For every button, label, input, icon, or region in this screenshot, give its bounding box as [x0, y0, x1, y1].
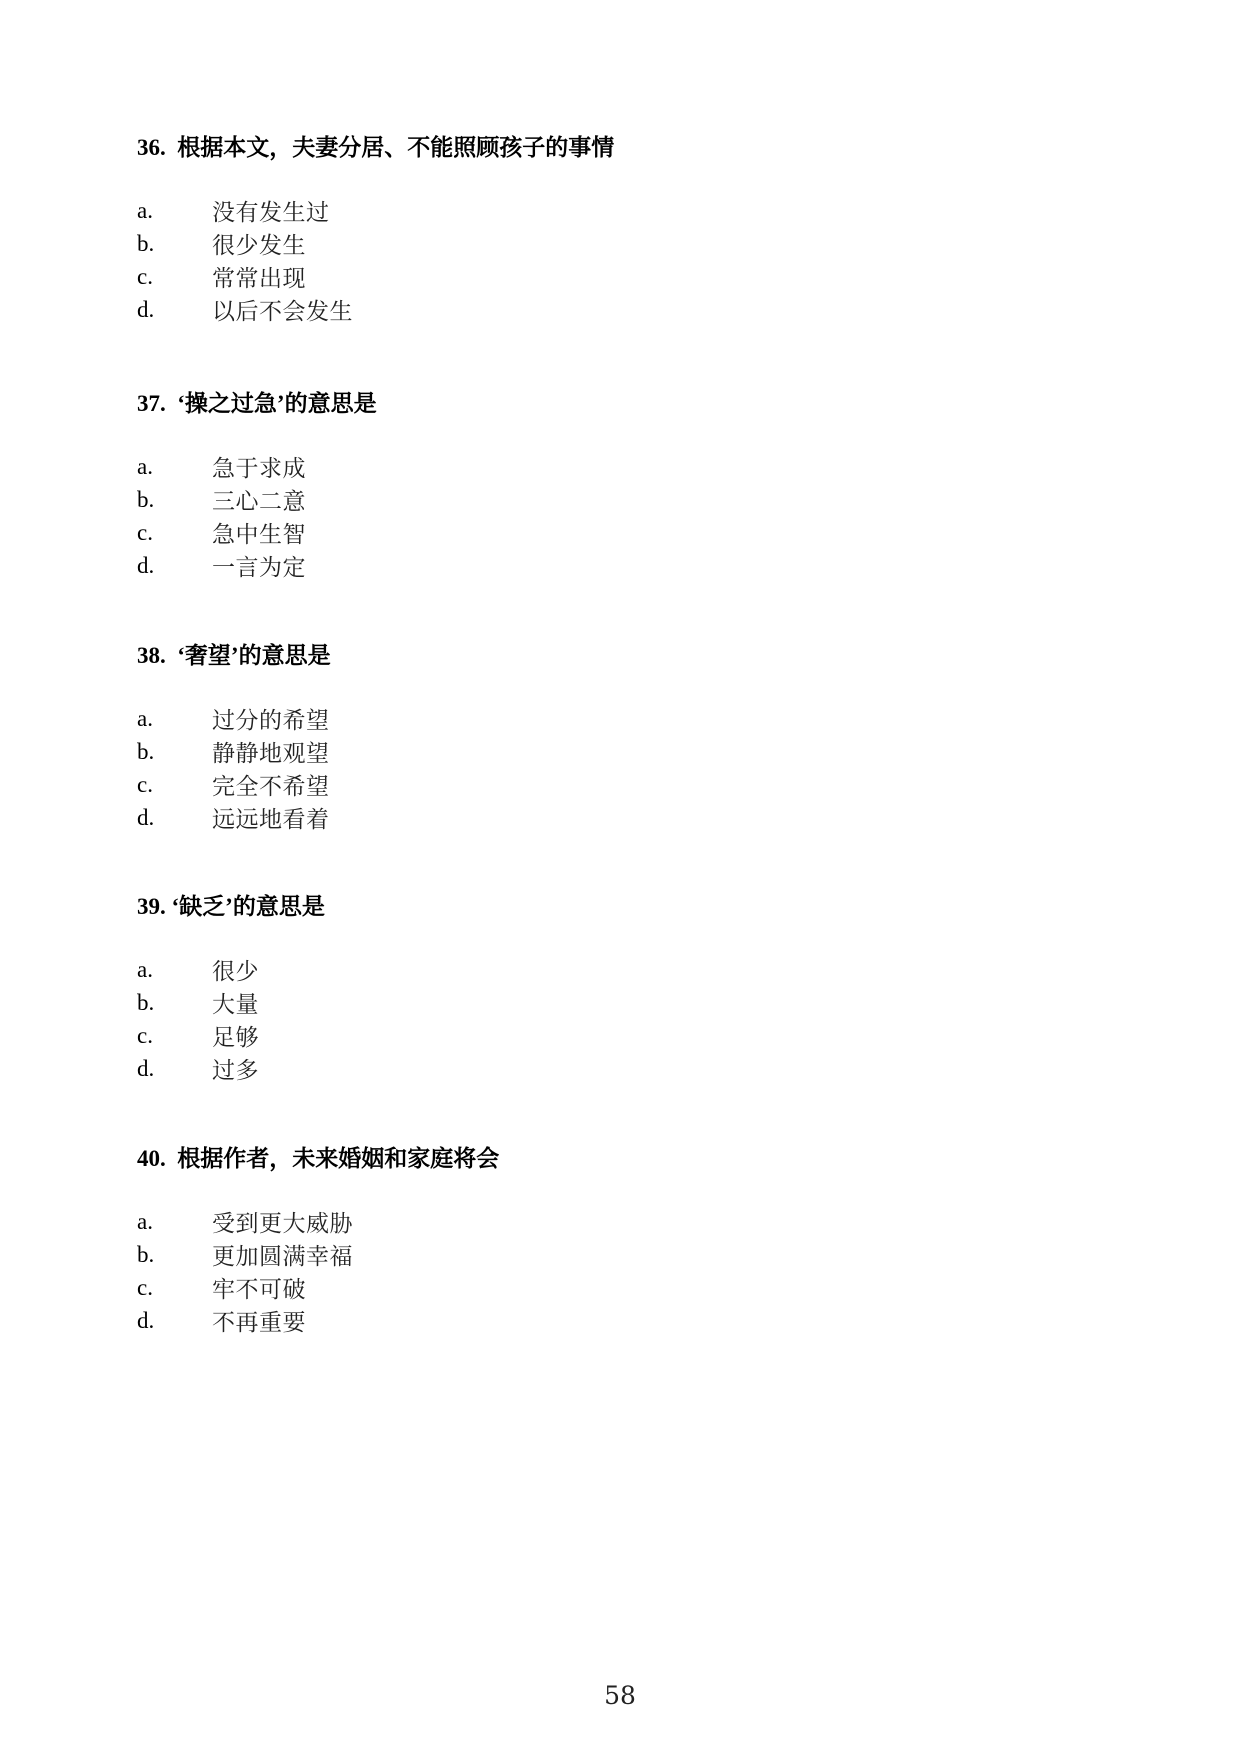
option-text: 更加圆满幸福: [212, 1238, 353, 1271]
option-label: b.: [137, 739, 212, 765]
option-label: c.: [137, 1023, 212, 1049]
option-label: d.: [137, 553, 212, 579]
question-prompt: ‘缺乏’的意思是: [172, 894, 325, 919]
option-c: c.完全不希望: [137, 768, 331, 801]
page-number: 58: [0, 1681, 1240, 1710]
question-36: 36. 根据本文，夫妻分居、不能照顾孩子的事情 a.没有发生过 b.很少发生 c…: [137, 133, 614, 326]
option-b: b.大量: [137, 986, 325, 1019]
question-title: 38. ‘奢望’的意思是: [137, 641, 331, 671]
option-b: b.静静地观望: [137, 735, 331, 768]
option-label: b.: [137, 990, 212, 1016]
option-label: d.: [137, 297, 212, 323]
option-text: 受到更大威胁: [212, 1205, 353, 1238]
option-a: a.没有发生过: [137, 194, 614, 227]
question-prompt: ‘操之过急’的意思是: [177, 391, 376, 416]
option-label: a.: [137, 454, 212, 480]
option-label: b.: [137, 1242, 212, 1268]
option-label: b.: [137, 231, 212, 257]
question-prompt: ‘奢望’的意思是: [177, 643, 330, 668]
option-b: b.更加圆满幸福: [137, 1238, 499, 1271]
option-text: 三心二意: [212, 483, 306, 516]
question-title: 37. ‘操之过急’的意思是: [137, 389, 377, 419]
option-label: c.: [137, 520, 212, 546]
question-prompt: 根据本文，夫妻分居、不能照顾孩子的事情: [177, 135, 614, 160]
option-list: a.急于求成 b.三心二意 c.急中生智 d.一言为定: [137, 450, 377, 582]
option-d: d.以后不会发生: [137, 293, 614, 326]
question-40: 40. 根据作者，未来婚姻和家庭将会 a.受到更大威胁 b.更加圆满幸福 c.牢…: [137, 1144, 499, 1337]
option-text: 大量: [212, 986, 259, 1019]
option-list: a.受到更大威胁 b.更加圆满幸福 c.牢不可破 d.不再重要: [137, 1205, 499, 1337]
option-text: 足够: [212, 1019, 259, 1052]
question-37: 37. ‘操之过急’的意思是 a.急于求成 b.三心二意 c.急中生智 d.一言…: [137, 389, 377, 582]
option-text: 完全不希望: [212, 768, 330, 801]
option-d: d.一言为定: [137, 549, 377, 582]
option-text: 没有发生过: [212, 194, 330, 227]
option-label: a.: [137, 957, 212, 983]
option-text: 急中生智: [212, 516, 306, 549]
option-d: d.过多: [137, 1052, 325, 1085]
option-text: 很少发生: [212, 227, 306, 260]
question-number: 39.: [137, 894, 166, 919]
option-label: a.: [137, 1209, 212, 1235]
option-label: a.: [137, 706, 212, 732]
question-number: 40.: [137, 1146, 166, 1171]
option-list: a.没有发生过 b.很少发生 c.常常出现 d.以后不会发生: [137, 194, 614, 326]
option-text: 很少: [212, 953, 259, 986]
option-c: c.常常出现: [137, 260, 614, 293]
option-label: d.: [137, 1308, 212, 1334]
option-text: 过分的希望: [212, 702, 330, 735]
option-label: d.: [137, 1056, 212, 1082]
option-text: 以后不会发生: [212, 293, 353, 326]
question-prompt: 根据作者，未来婚姻和家庭将会: [177, 1146, 499, 1171]
option-a: a.急于求成: [137, 450, 377, 483]
question-title: 40. 根据作者，未来婚姻和家庭将会: [137, 1144, 499, 1174]
option-a: a.过分的希望: [137, 702, 331, 735]
question-38: 38. ‘奢望’的意思是 a.过分的希望 b.静静地观望 c.完全不希望 d.远…: [137, 641, 331, 834]
option-label: c.: [137, 264, 212, 290]
option-label: b.: [137, 487, 212, 513]
option-d: d.远远地看着: [137, 801, 331, 834]
option-text: 远远地看着: [212, 801, 330, 834]
option-label: c.: [137, 1275, 212, 1301]
option-text: 牢不可破: [212, 1271, 306, 1304]
option-label: d.: [137, 805, 212, 831]
question-title: 39. ‘缺乏’的意思是: [137, 892, 325, 922]
option-text: 静静地观望: [212, 735, 330, 768]
option-list: a.过分的希望 b.静静地观望 c.完全不希望 d.远远地看着: [137, 702, 331, 834]
option-a: a.很少: [137, 953, 325, 986]
question-number: 38.: [137, 643, 166, 668]
option-text: 急于求成: [212, 450, 306, 483]
option-c: c.急中生智: [137, 516, 377, 549]
question-number: 37.: [137, 391, 166, 416]
option-list: a.很少 b.大量 c.足够 d.过多: [137, 953, 325, 1085]
option-text: 一言为定: [212, 549, 306, 582]
option-text: 常常出现: [212, 260, 306, 293]
option-b: b.很少发生: [137, 227, 614, 260]
question-39: 39. ‘缺乏’的意思是 a.很少 b.大量 c.足够 d.过多: [137, 892, 325, 1085]
option-a: a.受到更大威胁: [137, 1205, 499, 1238]
option-c: c.足够: [137, 1019, 325, 1052]
option-c: c.牢不可破: [137, 1271, 499, 1304]
option-text: 过多: [212, 1052, 259, 1085]
option-b: b.三心二意: [137, 483, 377, 516]
option-d: d.不再重要: [137, 1304, 499, 1337]
question-title: 36. 根据本文，夫妻分居、不能照顾孩子的事情: [137, 133, 614, 163]
option-label: a.: [137, 198, 212, 224]
option-label: c.: [137, 772, 212, 798]
option-text: 不再重要: [212, 1304, 306, 1337]
question-number: 36.: [137, 135, 166, 160]
